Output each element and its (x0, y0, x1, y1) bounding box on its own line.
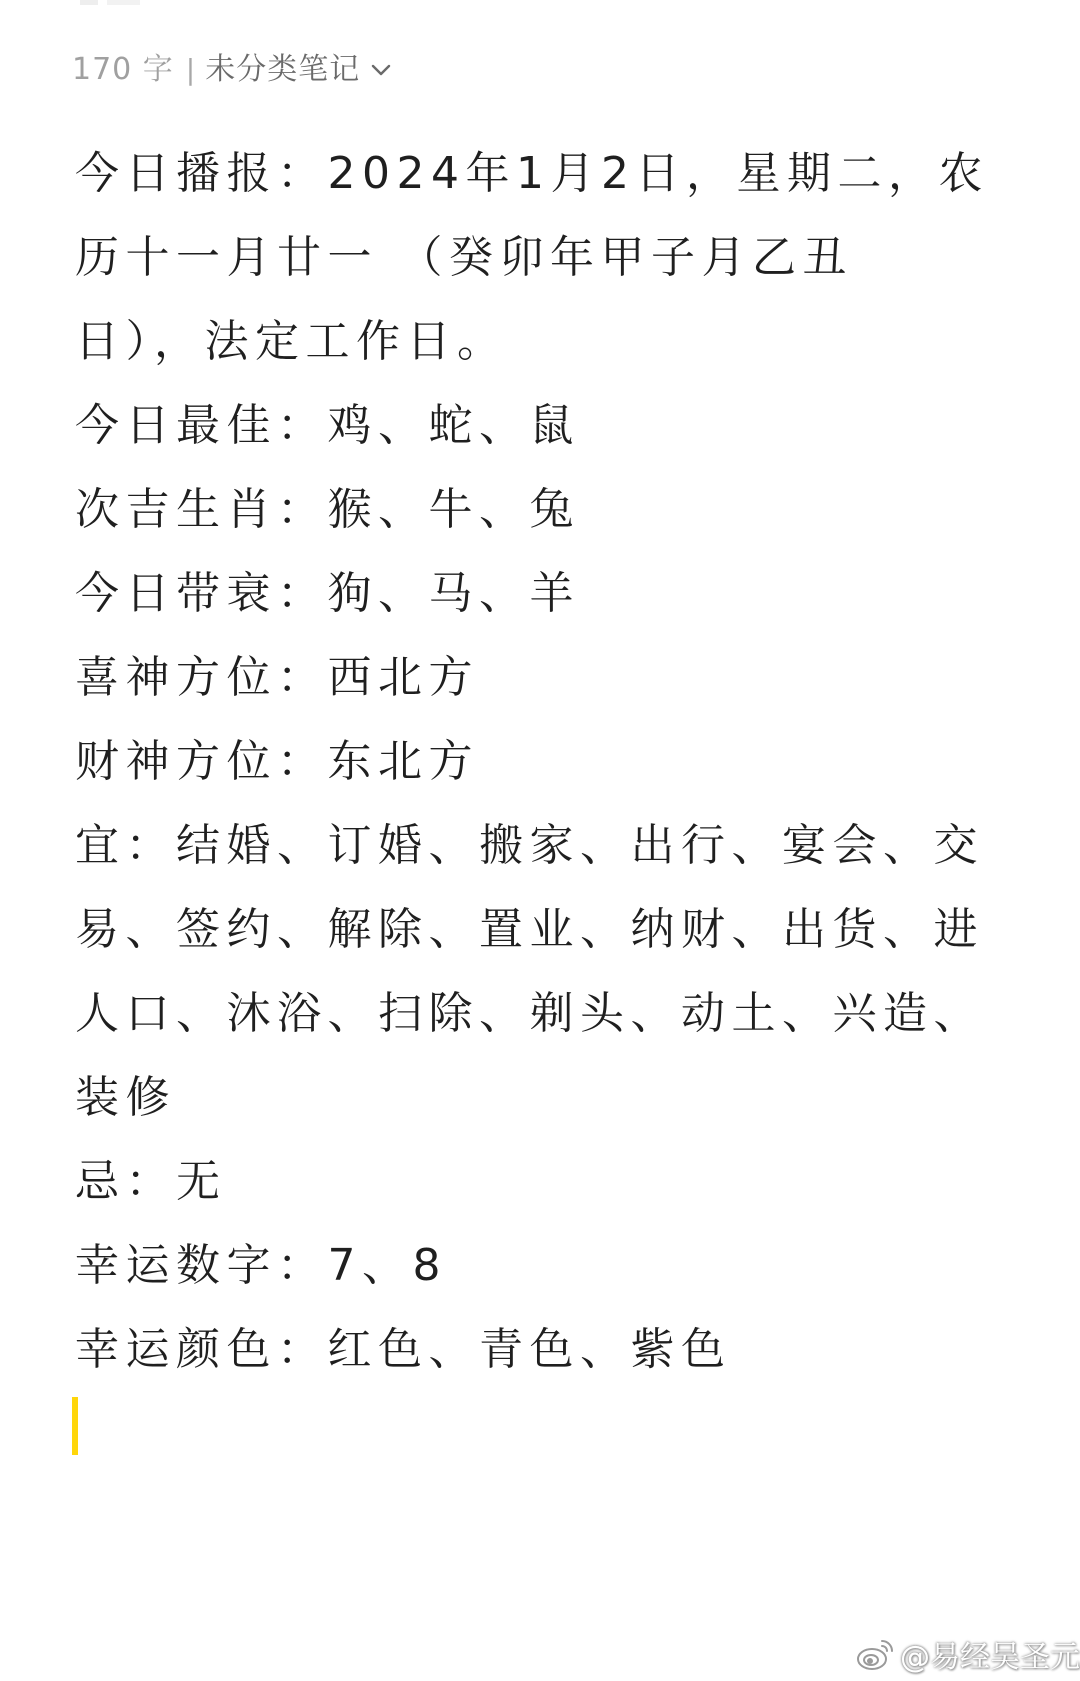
note-line-broadcast-3: 日），法定工作日。 (75, 300, 1035, 384)
note-line-avoid: 忌：无 (75, 1140, 1035, 1224)
note-line-unlucky-zodiac: 今日带衰：狗、马、羊 (75, 552, 1035, 636)
cropped-header-fragment (80, 0, 140, 5)
weibo-icon (856, 1637, 896, 1671)
note-line-suitable-4: 装修 (75, 1056, 1035, 1140)
category-dropdown[interactable]: 未分类笔记 (205, 50, 392, 90)
note-line-joy-god: 喜神方位：西北方 (75, 636, 1035, 720)
note-line-suitable-3: 人口、沐浴、扫除、剃头、动土、兴造、 (75, 972, 1035, 1056)
word-count: 170 字 (72, 50, 174, 90)
note-body-editor[interactable]: 今日播报：2024年1月2日，星期二，农 历十一月廿一 （癸卯年甲子月乙丑 日）… (75, 132, 1035, 1392)
watermark: @易经吴圣元 (856, 1634, 1080, 1674)
note-meta-bar: 170 字 | 未分类笔记 (72, 50, 392, 90)
note-line-wealth-god: 财神方位：东北方 (75, 720, 1035, 804)
meta-separator: | (186, 50, 195, 90)
chevron-down-icon (370, 59, 392, 81)
note-line-best-zodiac: 今日最佳：鸡、蛇、鼠 (75, 384, 1035, 468)
note-line-broadcast-1: 今日播报：2024年1月2日，星期二，农 (75, 132, 1035, 216)
note-line-suitable-2: 易、签约、解除、置业、纳财、出货、进 (75, 888, 1035, 972)
note-line-second-zodiac: 次吉生肖：猴、牛、兔 (75, 468, 1035, 552)
note-line-lucky-colors: 幸运颜色：红色、青色、紫色 (75, 1308, 1035, 1392)
watermark-handle: @易经吴圣元 (900, 1632, 1080, 1676)
note-line-lucky-numbers: 幸运数字：7、8 (75, 1224, 1035, 1308)
text-cursor (72, 1397, 78, 1455)
category-label: 未分类笔记 (205, 50, 360, 90)
note-line-suitable-1: 宜：结婚、订婚、搬家、出行、宴会、交 (75, 804, 1035, 888)
note-line-broadcast-2: 历十一月廿一 （癸卯年甲子月乙丑 (75, 216, 1035, 300)
